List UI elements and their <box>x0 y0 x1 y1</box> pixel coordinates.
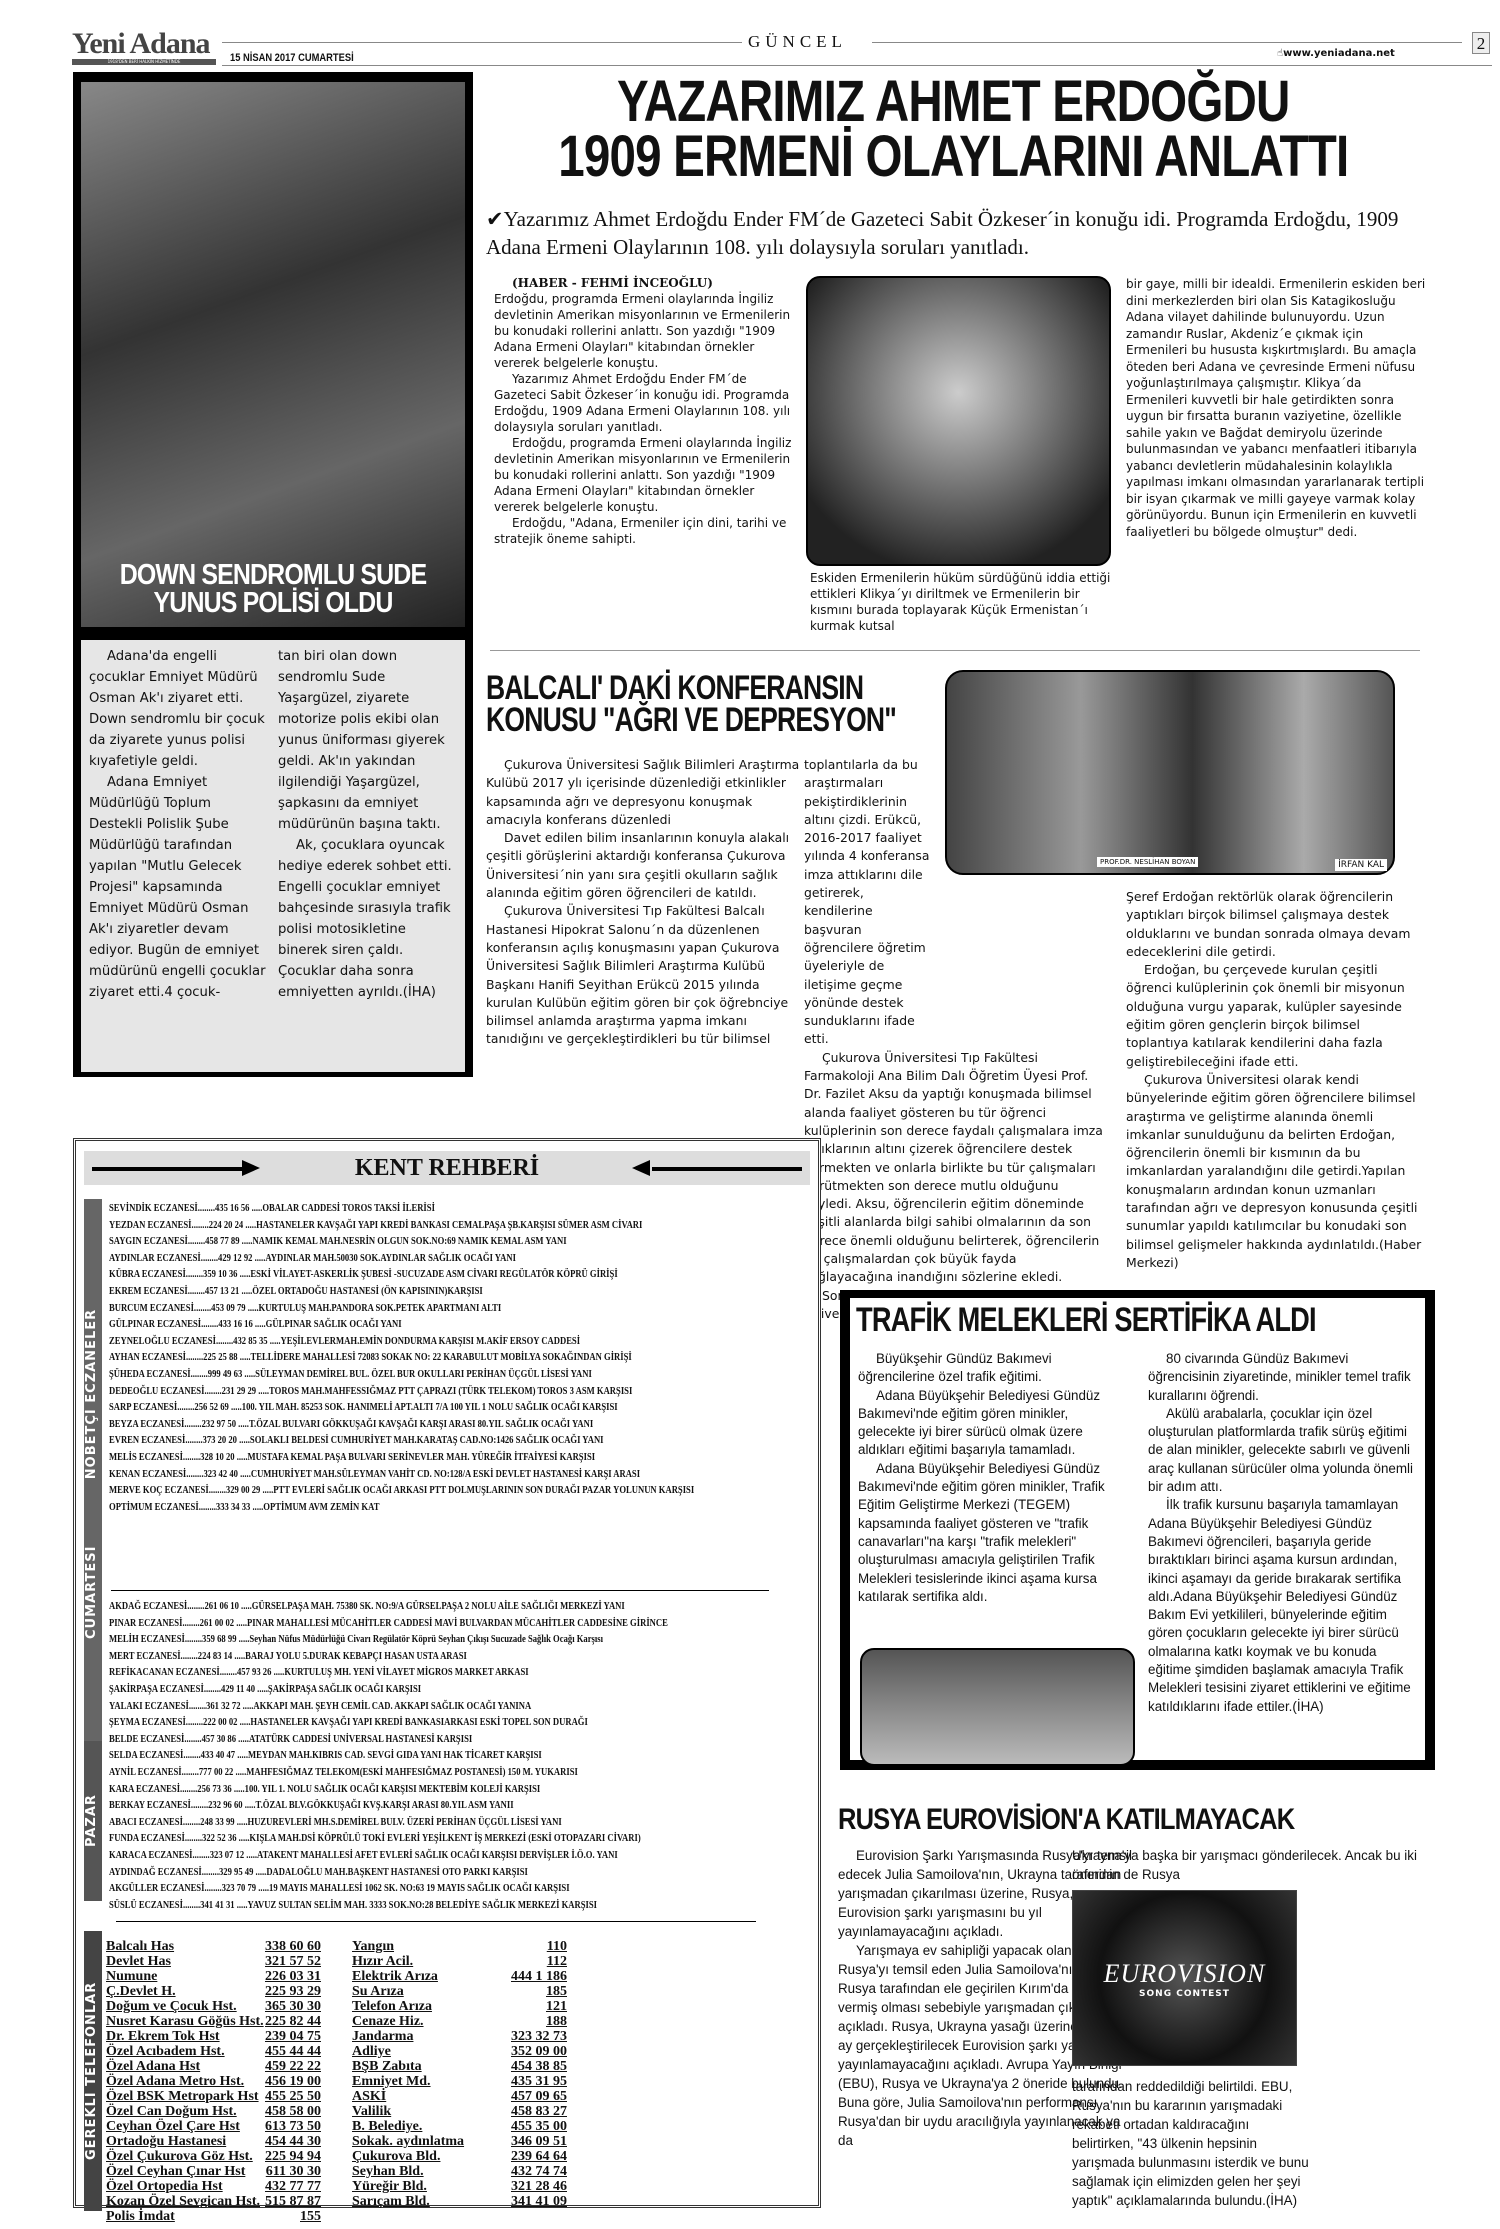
website-link[interactable]: ☝www.yeniadana.net <box>1277 48 1395 59</box>
pharmacy-name: MERVE KOÇ ECZANESİ <box>109 1485 209 1496</box>
directory-number: 225 94 94 <box>265 2149 321 2165</box>
pharmacy-phone: 457 30 86 <box>202 1734 236 1745</box>
pharmacy-row: ABACI ECZANESİ........248 33 99 .....HUZ… <box>109 1817 562 1828</box>
pharmacy-address: HUZUREVLERİ MH.S.DEMİREL BULV. ÜZERİ PER… <box>248 1817 562 1828</box>
balcali-col2: toplantılarla da bu araştırmaları pekişt… <box>804 756 1104 1323</box>
phone-directory-row: Doğum ve Çocuk Hst.365 30 30 <box>106 1999 321 2015</box>
pharmacy-name: ABACI ECZANESİ <box>109 1817 183 1828</box>
phone-directory-row: Kozan Özel Sevgican Hst.515 87 87 <box>106 2194 321 2210</box>
directory-number: 458 58 00 <box>265 2104 321 2120</box>
pharmacy-address: MAHFESIĞMAZ TELEKOM(ESKİ MAHFESIĞMAZ POS… <box>246 1767 578 1778</box>
phone-directory-row: Jandarma323 32 73 <box>352 2029 567 2045</box>
pharmacy-name: AYHAN ECZANESİ <box>109 1352 186 1363</box>
directory-name: Özel BSK Metropark Hst <box>106 2089 259 2105</box>
pharmacy-address: Seyhan Nüfus Müdürlüğü Civarı Regülatör … <box>249 1634 603 1645</box>
pharmacy-phone: 232 97 50 <box>202 1419 236 1430</box>
section-name: GÜNCEL <box>748 32 847 52</box>
pharmacy-address: KIŞLA MAH.DSİ KÖPRÜLÜ TOKİ EVLERİ YEŞİLK… <box>249 1833 640 1844</box>
arrow-head-icon <box>242 1160 260 1176</box>
masthead-rule-bottom <box>222 65 1492 66</box>
down-article-body: Adana'da engelli çocuklar Emniyet Müdürü… <box>81 640 465 1072</box>
pharmacy-name: YALAKI ECZANESİ <box>109 1701 189 1712</box>
phone-directory-row: Hızır Acil.112 <box>352 1954 567 1970</box>
trafik-photo <box>860 1648 1135 1766</box>
pharmacy-name: DEDEOĞLU ECZANESİ <box>109 1386 204 1397</box>
phone-directory-row: Ç.Devlet H.225 93 29 <box>106 1984 321 2000</box>
pharmacy-address: ŞAKİRPAŞA SAĞLIK OCAĞI KARŞISI <box>268 1684 421 1695</box>
directory-name: BŞB Zabıta <box>352 2059 422 2075</box>
byline: (HABER - FEHMİ İNCEOĞLU) <box>494 275 799 291</box>
pharmacy-phone: 261 00 02 <box>200 1618 234 1629</box>
directory-name: Nusret Karasu Göğüs Hst. <box>106 2014 264 2030</box>
pharmacy-address: NAMIK KEMAL MAH.NESRİN OLGUN SOK.NO:69 N… <box>252 1236 566 1247</box>
directory-name: Cenaze Hiz. <box>352 2014 424 2030</box>
phone-directory-row: Numune226 03 31 <box>106 1969 321 1985</box>
pharmacy-address: OPTİMUM AVM ZEMİN KAT <box>263 1502 379 1513</box>
pharmacy-name: EKREM ECZANESİ <box>109 1286 188 1297</box>
phone-directory-row: Valilik458 83 27 <box>352 2104 567 2120</box>
pharmacy-phone: 432 85 35 <box>233 1336 267 1347</box>
phone-directory-row: Ceyhan Özel Çare Hst613 73 50 <box>106 2119 321 2135</box>
directory-name: Numune <box>106 1969 157 1985</box>
pharmacy-address: AYDINLAR MAH.50030 SOK.AYDINLAR SAĞLIK O… <box>265 1253 516 1264</box>
pharmacy-address: T.ÖZAL BULVARI GÖKKUŞAĞI KAVŞAĞI KARŞI A… <box>249 1419 593 1430</box>
directory-name: Emniyet Md. <box>352 2074 431 2090</box>
phone-directory-row: Yangın110 <box>352 1939 567 1955</box>
phone-directory-row: Nusret Karasu Göğüs Hst.225 82 44 <box>106 2014 321 2030</box>
pharmacy-name: BURCUM ECZANESİ <box>109 1303 194 1314</box>
divider <box>490 650 1420 651</box>
directory-number: 456 19 00 <box>265 2074 321 2090</box>
pharmacy-address: SÜLEYMAN DEMİREL BUL. ÖZEL BUR OKULLARI … <box>255 1369 592 1380</box>
phone-directory-row: Emniyet Md.435 31 95 <box>352 2074 567 2090</box>
directory-name: Özel Çukurova Göz Hst. <box>106 2149 253 2165</box>
pharmacy-phone: 333 34 33 <box>216 1502 250 1513</box>
kent-rehberi-box: KENT REHBERİ CUMARTESİ NÖBETÇİ ECZANELER… <box>73 1138 821 2208</box>
directory-name: Ç.Devlet H. <box>106 1984 176 2000</box>
pharmacy-phone: 777 00 22 <box>199 1767 233 1778</box>
kent-rehberi-title: KENT REHBERİ <box>355 1155 539 1181</box>
lead-headline: YAZARIMIZ AHMET ERDOĞDU 1909 ERMENİ OLAY… <box>490 74 1420 184</box>
pharmacy-row: AKGÜLLER ECZANESİ........323 70 79 .....… <box>109 1883 570 1894</box>
pharmacy-row: SELDA ECZANESİ........433 40 47 .....MEY… <box>109 1750 542 1761</box>
directory-name: Su Arıza <box>352 1984 404 2000</box>
pharmacy-row: AYDINDAĞ ECZANESİ........329 95 49 .....… <box>109 1867 528 1878</box>
pharmacy-address: HASTANELER KAVŞAĞI YAPI KREDİ BANKASI CE… <box>256 1220 642 1231</box>
masthead: Yeni Adana 1918'DEN BERİ HALKIN HİZMETİN… <box>72 30 1432 65</box>
directory-number: 455 25 50 <box>265 2089 321 2105</box>
directory-number: 185 <box>546 1984 567 2000</box>
pharmacy-address: ATAKENT MAHALLESİ AFET EVLERİ SAĞLIK OCA… <box>257 1850 618 1861</box>
newspaper-logo: Yeni Adana <box>72 30 210 58</box>
pharmacy-address: GÜRSELPAŞA MAH. 75380 SK. NO:9/A GÜRSELP… <box>252 1601 625 1612</box>
phone-directory-row: Ortadoğu Hastanesi454 44 30 <box>106 2134 321 2150</box>
directory-name: Özel Ceyhan Çınar Hst <box>106 2164 245 2180</box>
directory-number: 121 <box>546 1999 567 2015</box>
arrow-right-icon <box>92 1167 242 1171</box>
pharmacy-name: FUNDA ECZANESİ <box>109 1833 185 1844</box>
kent-rehberi-header: KENT REHBERİ <box>84 1151 810 1185</box>
lead-article-col3: bir gaye, milli bir idealdi. Ermenilerin… <box>1126 276 1426 540</box>
pharmacy-phone: 457 93 26 <box>237 1667 271 1678</box>
eurovision-col2-bottom: tarafından reddedildiği belirtildi. EBU,… <box>1072 2077 1312 2210</box>
pharmacy-name: GÜLPINAR ECZANESİ <box>109 1319 201 1330</box>
pharmacy-name: ZEYNELOĞLU ECZANESİ <box>109 1336 216 1347</box>
pharmacy-phone: 328 10 20 <box>200 1452 234 1463</box>
pharmacy-name: MERT ECZANESİ <box>109 1651 181 1662</box>
nameplate: İRFAN KAL <box>1335 859 1387 871</box>
directory-number: 352 09 00 <box>511 2044 567 2060</box>
phone-directory-row: BŞB Zabıta454 38 85 <box>352 2059 567 2075</box>
directory-name: Doğum ve Çocuk Hst. <box>106 1999 237 2015</box>
trafik-article-box: TRAFİK MELEKLERİ SERTİFİKA ALDI Büyükşeh… <box>840 1290 1435 1770</box>
pharmacy-row: ŞÜHEDA ECZANESİ........999 49 63 .....SÜ… <box>109 1369 592 1380</box>
pharmacy-phone: 232 96 60 <box>208 1800 242 1811</box>
pharmacy-address: HASTANELER KAVŞAĞI YAPI KREDİ BANKASIARK… <box>250 1717 587 1728</box>
pharmacy-row: SARP ECZANESİ........256 52 69 .....100.… <box>109 1402 618 1413</box>
balcali-col3: Şeref Erdoğan rektörlük olarak öğrencile… <box>1126 888 1426 1272</box>
pharmacy-row: SEVİNDİK ECZANESİ........435 16 56 .....… <box>109 1203 435 1214</box>
phones-label: GEREKLİ TELEFONLAR <box>84 1931 102 2211</box>
directory-name: Adliye <box>352 2044 391 2060</box>
pharmacy-row: YALAKI ECZANESİ........361 32 72 .....AK… <box>109 1701 531 1712</box>
pharmacy-row: EKREM ECZANESİ........457 13 21 .....ÖZE… <box>109 1286 483 1297</box>
divider <box>116 1921 756 1922</box>
directory-number: 321 57 52 <box>265 1954 321 1970</box>
directory-name: Hızır Acil. <box>352 1954 413 1970</box>
directory-name: Özel Adana Metro Hst. <box>106 2074 244 2090</box>
pharmacy-phone: 433 40 47 <box>201 1750 235 1761</box>
directory-name: Ceyhan Özel Çare Hst <box>106 2119 240 2135</box>
phone-directory-row: Dr. Ekrem Tok Hst239 04 75 <box>106 2029 321 2045</box>
pharmacy-phone: 329 00 29 <box>226 1485 260 1496</box>
pharmacy-name: KÜBRA ECZANESİ <box>109 1269 186 1280</box>
pharmacy-name: MELİS ECZANESİ <box>109 1452 183 1463</box>
directory-name: Yüreğir Bld. <box>352 2179 427 2195</box>
pharmacy-address: YEŞİLEVLERMAH.EMİN DONDURMA KARŞISI M.AK… <box>281 1336 581 1347</box>
phone-directory-row: Çukurova Bld.239 64 64 <box>352 2149 567 2165</box>
pharmacy-phone: 248 33 99 <box>200 1817 234 1828</box>
phone-directory-row: Özel Adana Metro Hst.456 19 00 <box>106 2074 321 2090</box>
balcali-col1: Çukurova Üniversitesi Sağlık Bilimleri A… <box>486 756 804 1049</box>
pharmacy-phone: 256 73 36 <box>197 1784 231 1795</box>
pharmacy-address: 19 MAYIS MAHALLESİ 1062 SK. NO:63 19 MAY… <box>269 1883 570 1894</box>
directory-number: 338 60 60 <box>265 1939 321 1955</box>
masthead-rule <box>222 42 742 43</box>
pharmacy-name: AKDAĞ ECZANESİ <box>109 1601 187 1612</box>
pharmacy-name: AYDINDAĞ ECZANESİ <box>109 1867 202 1878</box>
phone-directory-row: Devlet Has321 57 52 <box>106 1954 321 1970</box>
directory-number: 188 <box>546 2014 567 2030</box>
phone-directory-row: Sarıçam Bld.341 41 09 <box>352 2194 567 2210</box>
phone-directory-row: Özel Can Doğum Hst.458 58 00 <box>106 2104 321 2120</box>
pharmacy-phone: 373 20 20 <box>203 1435 237 1446</box>
pharmacy-address: BARAJ YOLU 5.DURAK KEBAPÇI HASAN USTA AR… <box>245 1651 467 1662</box>
pharmacy-name: ŞEYMA ECZANESİ <box>109 1717 186 1728</box>
pharmacy-row: BEYZA ECZANESİ........232 97 50 .....T.Ö… <box>109 1419 593 1430</box>
directory-name: Yangın <box>352 1939 394 1955</box>
eurovision-logo-image: EUROVISION SONG CONTEST <box>1072 1890 1297 2066</box>
arrow-head-icon <box>632 1160 650 1176</box>
directory-name: Çukurova Bld. <box>352 2149 440 2165</box>
pharmacy-phone: 225 25 88 <box>203 1352 237 1363</box>
directory-number: 613 73 50 <box>265 2119 321 2135</box>
directory-name: ASKİ <box>352 2089 386 2105</box>
directory-number: 155 <box>300 2209 321 2225</box>
pharmacy-row: AYHAN ECZANESİ........225 25 88 .....TEL… <box>109 1352 632 1363</box>
phone-directory-row: Özel Adana Hst459 22 22 <box>106 2059 321 2075</box>
directory-number: 346 09 51 <box>511 2134 567 2150</box>
phone-directory-row: Cenaze Hiz.188 <box>352 2014 567 2030</box>
directory-number: 455 35 00 <box>511 2119 567 2135</box>
phone-directory-row: Polis İmdat155 <box>106 2209 321 2225</box>
pharmacy-address: ATATÜRK CADDESİ UNİVERSAL HASTANESİ KARŞ… <box>249 1734 472 1745</box>
pharmacy-address: SOLAKLI BELDESİ CUMHURİYET MAH.KARATAŞ C… <box>250 1435 604 1446</box>
pharmacy-name: SELDA ECZANESİ <box>109 1750 183 1761</box>
pharmacy-name: AKGÜLLER ECZANESİ <box>109 1883 204 1894</box>
pharmacy-address: ÖZEL ORTADOĞU HASTANESİ (ÖN KAPISININ)KA… <box>252 1286 482 1297</box>
pharmacy-phone: 224 20 24 <box>209 1220 243 1231</box>
logo-tagline: 1918'DEN BERİ HALKIN HİZMETİNDE <box>72 59 216 65</box>
nameplate: PROF.DR. NESLİHAN BOYAN <box>1097 857 1198 867</box>
song-contest-label: SONG CONTEST <box>1073 1989 1296 1999</box>
pharmacy-row: YEZDAN ECZANESİ........224 20 24 .....HA… <box>109 1220 642 1231</box>
pharmacy-address: MEYDAN MAH.KIBRIS CAD. SEVGİ GIDA YANI H… <box>248 1750 542 1761</box>
pharmacy-name: KARA ECZANESİ <box>109 1784 180 1795</box>
directory-name: Özel Acıbadem Hst. <box>106 2044 225 2060</box>
directory-number: 112 <box>547 1954 567 1970</box>
directory-number: 239 64 64 <box>511 2149 567 2165</box>
pharmacy-phone: 323 07 12 <box>210 1850 244 1861</box>
phone-directory-row: Sokak. aydınlatma346 09 51 <box>352 2134 567 2150</box>
pharmacy-phone: 359 68 99 <box>202 1634 236 1645</box>
pharmacy-row: MELİH ECZANESİ........359 68 99 .....Sey… <box>109 1634 603 1645</box>
pharmacy-row: AKDAĞ ECZANESİ........261 06 10 .....GÜR… <box>109 1601 625 1612</box>
lead-subheading: ✔Yazarımız Ahmet Erdoğdu Ender FM´de Gaz… <box>486 205 1426 261</box>
pharmacy-address: 100. YIL MAH. 85253 SOK. HANIMELİ APT.AL… <box>242 1402 618 1413</box>
down-article-photo <box>81 82 465 627</box>
directory-name: Jandarma <box>352 2029 413 2045</box>
pharmacy-row: EVREN ECZANESİ........373 20 20 .....SOL… <box>109 1435 604 1446</box>
directory-name: Sokak. aydınlatma <box>352 2134 464 2150</box>
pharmacy-address: AKKAPI MAH. ŞEYH CEMİL CAD. AKKAPI SAĞLI… <box>253 1701 531 1712</box>
directory-number: 225 82 44 <box>265 2014 321 2030</box>
directory-number: 239 04 75 <box>265 2029 321 2045</box>
pharmacy-address: CUMHURİYET MAH.SÜLEYMAN VAHİT CD. NO:128… <box>251 1469 640 1480</box>
phone-directory-row: Telefon Arıza121 <box>352 1999 567 2015</box>
directory-number: 455 44 44 <box>265 2044 321 2060</box>
pharmacy-row: SAYGIN ECZANESİ........458 77 89 .....NA… <box>109 1236 567 1247</box>
directory-number: 432 77 77 <box>265 2179 321 2195</box>
pharmacy-row: AYDINLAR ECZANESİ........429 12 92 .....… <box>109 1253 516 1264</box>
directory-name: Seyhan Bld. <box>352 2164 424 2180</box>
pharmacy-phone: 224 83 14 <box>198 1651 232 1662</box>
pharmacy-name: BELDE ECZANESİ <box>109 1734 184 1745</box>
phone-directory-row: Elektrik Arıza444 1 186 <box>352 1969 567 1985</box>
pharmacy-address: T.ÖZAL BLV.GÖKKUŞAĞI KVŞ.KARŞI ARASI 80.… <box>255 1800 513 1811</box>
directory-number: 435 31 95 <box>511 2074 567 2090</box>
pharmacy-phone: 361 32 72 <box>206 1701 240 1712</box>
pharmacy-name: YEZDAN ECZANESİ <box>109 1220 192 1231</box>
pharmacy-row: MERT ECZANESİ........224 83 14 .....BARA… <box>109 1651 467 1662</box>
eurovision-logo: EUROVISION <box>1073 1959 1296 1989</box>
phone-directory-row: Özel Ortopedia Hst432 77 77 <box>106 2179 321 2195</box>
lead-photo-caption: Eskiden Ermenilerin hüküm sürdüğünü iddi… <box>810 570 1115 634</box>
phone-directory-row: Özel BSK Metropark Hst455 25 50 <box>106 2089 321 2105</box>
pharmacy-phone: 222 00 02 <box>203 1717 237 1728</box>
pharmacy-row: KARACA ECZANESİ........323 07 12 .....AT… <box>109 1850 618 1861</box>
pharmacy-address: 100. YIL 1. NOLU SAĞLIK OCAĞI KARŞISI ME… <box>245 1784 541 1795</box>
balcali-headline: BALCALI' DAKİ KONFERANSIN KONUSU "AĞRI V… <box>486 672 926 737</box>
pharmacy-row: SÜSLÜ ECZANESİ........341 41 31 .....YAV… <box>109 1900 597 1911</box>
phone-directory-row: B. Belediye.455 35 00 <box>352 2119 567 2135</box>
pharmacy-address: PINAR MAHALLESİ MÜCAHİTLER CADDESİ MAVİ … <box>247 1618 668 1629</box>
pharmacy-name: SAYGIN ECZANESİ <box>109 1236 188 1247</box>
directory-number: 321 28 46 <box>511 2179 567 2195</box>
directory-name: Ortadoğu Hastanesi <box>106 2134 226 2150</box>
pharmacy-phone: 429 11 40 <box>221 1684 255 1695</box>
pharmacy-row: ZEYNELOĞLU ECZANESİ........432 85 35 ...… <box>109 1336 580 1347</box>
directory-number: 454 38 85 <box>511 2059 567 2075</box>
pharmacy-name: KENAN ECZANESİ <box>109 1469 186 1480</box>
directory-number: 225 93 29 <box>265 1984 321 2000</box>
side-label-group: CUMARTESİ NÖBETÇİ ECZANELER <box>84 1199 102 1749</box>
pharmacy-row: ŞAKİRPAŞA ECZANESİ........429 11 40 ....… <box>109 1684 421 1695</box>
directory-number: 611 30 30 <box>266 2164 321 2180</box>
pharmacy-name: PINAR ECZANESİ <box>109 1618 182 1629</box>
page-number: 2 <box>1472 32 1490 54</box>
pharmacy-name: REFİKACANAN ECZANESİ <box>109 1667 220 1678</box>
directory-name: B. Belediye. <box>352 2119 422 2135</box>
directory-name: Dr. Ekrem Tok Hst <box>106 2029 220 2045</box>
directory-name: Özel Adana Hst <box>106 2059 200 2075</box>
directory-number: 459 22 22 <box>265 2059 321 2075</box>
directory-number: 444 1 186 <box>511 1969 567 1985</box>
pharmacy-row: KÜBRA ECZANESİ........359 10 36 .....ESK… <box>109 1269 618 1280</box>
phone-directory-row: Yüreğir Bld.321 28 46 <box>352 2179 567 2195</box>
pharmacy-phone: 458 77 89 <box>205 1236 239 1247</box>
directory-number: 454 44 30 <box>265 2134 321 2150</box>
pharmacy-name: OPTİMUM ECZANESİ <box>109 1502 199 1513</box>
directory-number: 323 32 73 <box>511 2029 567 2045</box>
directory-number: 457 09 65 <box>511 2089 567 2105</box>
pharmacy-row: FUNDA ECZANESİ........322 52 36 .....KIŞ… <box>109 1833 641 1844</box>
pharmacy-phone: 323 42 40 <box>203 1469 237 1480</box>
pharmacy-address: TOROS MAH.MAHFESSIĞMAZ PTT ÇAPRAZI (TÜRK… <box>269 1386 632 1397</box>
phone-directory-row: Balcalı Has338 60 60 <box>106 1939 321 1955</box>
directory-number: 365 30 30 <box>265 1999 321 2015</box>
directory-number: 515 87 87 <box>265 2194 321 2210</box>
pharmacy-address: OBALAR CADDESİ TOROS TAKSİ İLERİSİ <box>262 1203 435 1214</box>
pharmacy-phone: 341 41 31 <box>200 1900 234 1911</box>
pharmacy-name: BERKAY ECZANESİ <box>109 1800 191 1811</box>
pharmacy-name: MELİH ECZANESİ <box>109 1634 185 1645</box>
phone-directory-row: Adliye352 09 00 <box>352 2044 567 2060</box>
masthead-rule-right <box>872 42 1462 43</box>
pharmacy-row: ŞEYMA ECZANESİ........222 00 02 .....HAS… <box>109 1717 588 1728</box>
directory-number: 226 03 31 <box>265 1969 321 1985</box>
directory-number: 110 <box>547 1939 567 1955</box>
phone-directory-row: Seyhan Bld.432 74 74 <box>352 2164 567 2180</box>
phone-directory-row: ASKİ457 09 65 <box>352 2089 567 2105</box>
directory-name: Elektrik Arıza <box>352 1969 438 1985</box>
pharmacy-address: KURTULUŞ MH. YENİ VİLAYET MİGROS MARKET … <box>284 1667 528 1678</box>
directory-number: 341 41 09 <box>511 2194 567 2210</box>
issue-date: 15 NİSAN 2017 CUMARTESİ <box>230 52 354 64</box>
pharmacy-name: EVREN ECZANESİ <box>109 1435 185 1446</box>
pharmacy-phone: 231 29 29 <box>222 1386 256 1397</box>
eurovision-col2-top: Ukrayna'ya başka bir yarışmacı gönderile… <box>1072 1846 1432 1884</box>
pharmacy-row: GÜLPINAR ECZANESİ........433 16 16 .....… <box>109 1319 402 1330</box>
pharmacy-address: YAVUZ SULTAN SELİM MAH. 3333 SOK.NO:28 B… <box>248 1900 598 1911</box>
pharmacy-phone: 359 10 36 <box>203 1269 237 1280</box>
pharmacy-row: DEDEOĞLU ECZANESİ........231 29 29 .....… <box>109 1386 632 1397</box>
pharmacy-name: ŞAKİRPAŞA ECZANESİ <box>109 1684 204 1695</box>
sunday-label: PAZAR <box>84 1741 102 1901</box>
pharmacy-phone: 261 06 10 <box>204 1601 238 1612</box>
pharmacy-phone: 433 16 16 <box>218 1319 252 1330</box>
pharmacy-name: AYNİL ECZANESİ <box>109 1767 182 1778</box>
directory-name: Balcalı Has <box>106 1939 174 1955</box>
pharmacy-name: SARP ECZANESİ <box>109 1402 177 1413</box>
pharmacy-address: ESKİ VİLAYET-ASKERLİK ŞUBESİ -SUCUZADE A… <box>250 1269 617 1280</box>
pharmacy-name: BEYZA ECZANESİ <box>109 1419 184 1430</box>
directory-name: Özel Ortopedia Hst <box>106 2179 223 2195</box>
pharmacy-address: KURTULUŞ MAH.PANDORA SOK.PETEK APARTMANI… <box>258 1303 501 1314</box>
pharmacy-phone: 453 09 79 <box>211 1303 245 1314</box>
pharmacy-phone: 323 70 79 <box>222 1883 256 1894</box>
pharmacy-row: OPTİMUM ECZANESİ........333 34 33 .....O… <box>109 1502 379 1513</box>
directory-name: Sarıçam Bld. <box>352 2194 430 2210</box>
pharmacy-phone: 999 49 63 <box>208 1369 242 1380</box>
pharmacy-address: MUSTAFA KEMAL PAŞA BULVARI SERİNEVLER MA… <box>248 1452 596 1463</box>
pharmacy-row: BELDE ECZANESİ........457 30 86 .....ATA… <box>109 1734 472 1745</box>
pharmacy-row: AYNİL ECZANESİ........777 00 22 .....MAH… <box>109 1767 578 1778</box>
pharmacy-phone: 329 95 49 <box>219 1867 253 1878</box>
pharmacy-address: DADALOĞLU MAH.BAŞKENT HASTANESİ OTO PARK… <box>266 1867 528 1878</box>
pharmacy-row: KARA ECZANESİ........256 73 36 .....100.… <box>109 1784 540 1795</box>
pharmacy-phone: 457 13 21 <box>205 1286 239 1297</box>
directory-name: Valilik <box>352 2104 391 2120</box>
erdogdu-photo <box>806 276 1111 566</box>
pharmacy-name: ŞÜHEDA ECZANESİ <box>109 1369 191 1380</box>
trafik-col2: 80 civarında Gündüz Bakımevi öğrencisini… <box>1148 1350 1423 1716</box>
pharmacy-row: BERKAY ECZANESİ........232 96 60 .....T.… <box>109 1800 514 1811</box>
directory-name: Polis İmdat <box>106 2209 175 2225</box>
directory-number: 458 83 27 <box>511 2104 567 2120</box>
arrow-left-icon <box>652 1167 802 1171</box>
pharmacy-name: SÜSLÜ ECZANESİ <box>109 1900 183 1911</box>
directory-number: 432 74 74 <box>511 2164 567 2180</box>
directory-name: Devlet Has <box>106 1954 171 1970</box>
pharmacy-address: PTT EVLERİ SAĞLIK OCAĞI ARKASI PTT DOLMU… <box>273 1485 694 1496</box>
pharmacy-name: SEVİNDİK ECZANESİ <box>109 1203 198 1214</box>
eurovision-headline: RUSYA EUROVİSİON'A KATILMAYACAK <box>838 1806 1433 1835</box>
pharmacy-row: BURCUM ECZANESİ........453 09 79 .....KU… <box>109 1303 501 1314</box>
trafik-headline: TRAFİK MELEKLERİ SERTİFİKA ALDI <box>856 1304 1432 1336</box>
pharmacy-row: MERVE KOÇ ECZANESİ........329 00 29 ....… <box>109 1485 694 1496</box>
pharmacy-phone: 435 16 56 <box>215 1203 249 1214</box>
pharmacy-name: AYDINLAR ECZANESİ <box>109 1253 201 1264</box>
phone-directory-row: Özel Çukurova Göz Hst.225 94 94 <box>106 2149 321 2165</box>
phone-directory-row: Özel Acıbadem Hst.455 44 44 <box>106 2044 321 2060</box>
phone-directory-row: Özel Ceyhan Çınar Hst611 30 30 <box>106 2164 321 2180</box>
pharmacy-phone: 429 12 92 <box>218 1253 252 1264</box>
pharmacy-row: KENAN ECZANESİ........323 42 40 .....CUM… <box>109 1469 640 1480</box>
divider <box>111 1590 769 1591</box>
pharmacy-phone: 256 52 69 <box>194 1402 228 1413</box>
pharmacy-row: PINAR ECZANESİ........261 00 02 .....PIN… <box>109 1618 668 1629</box>
